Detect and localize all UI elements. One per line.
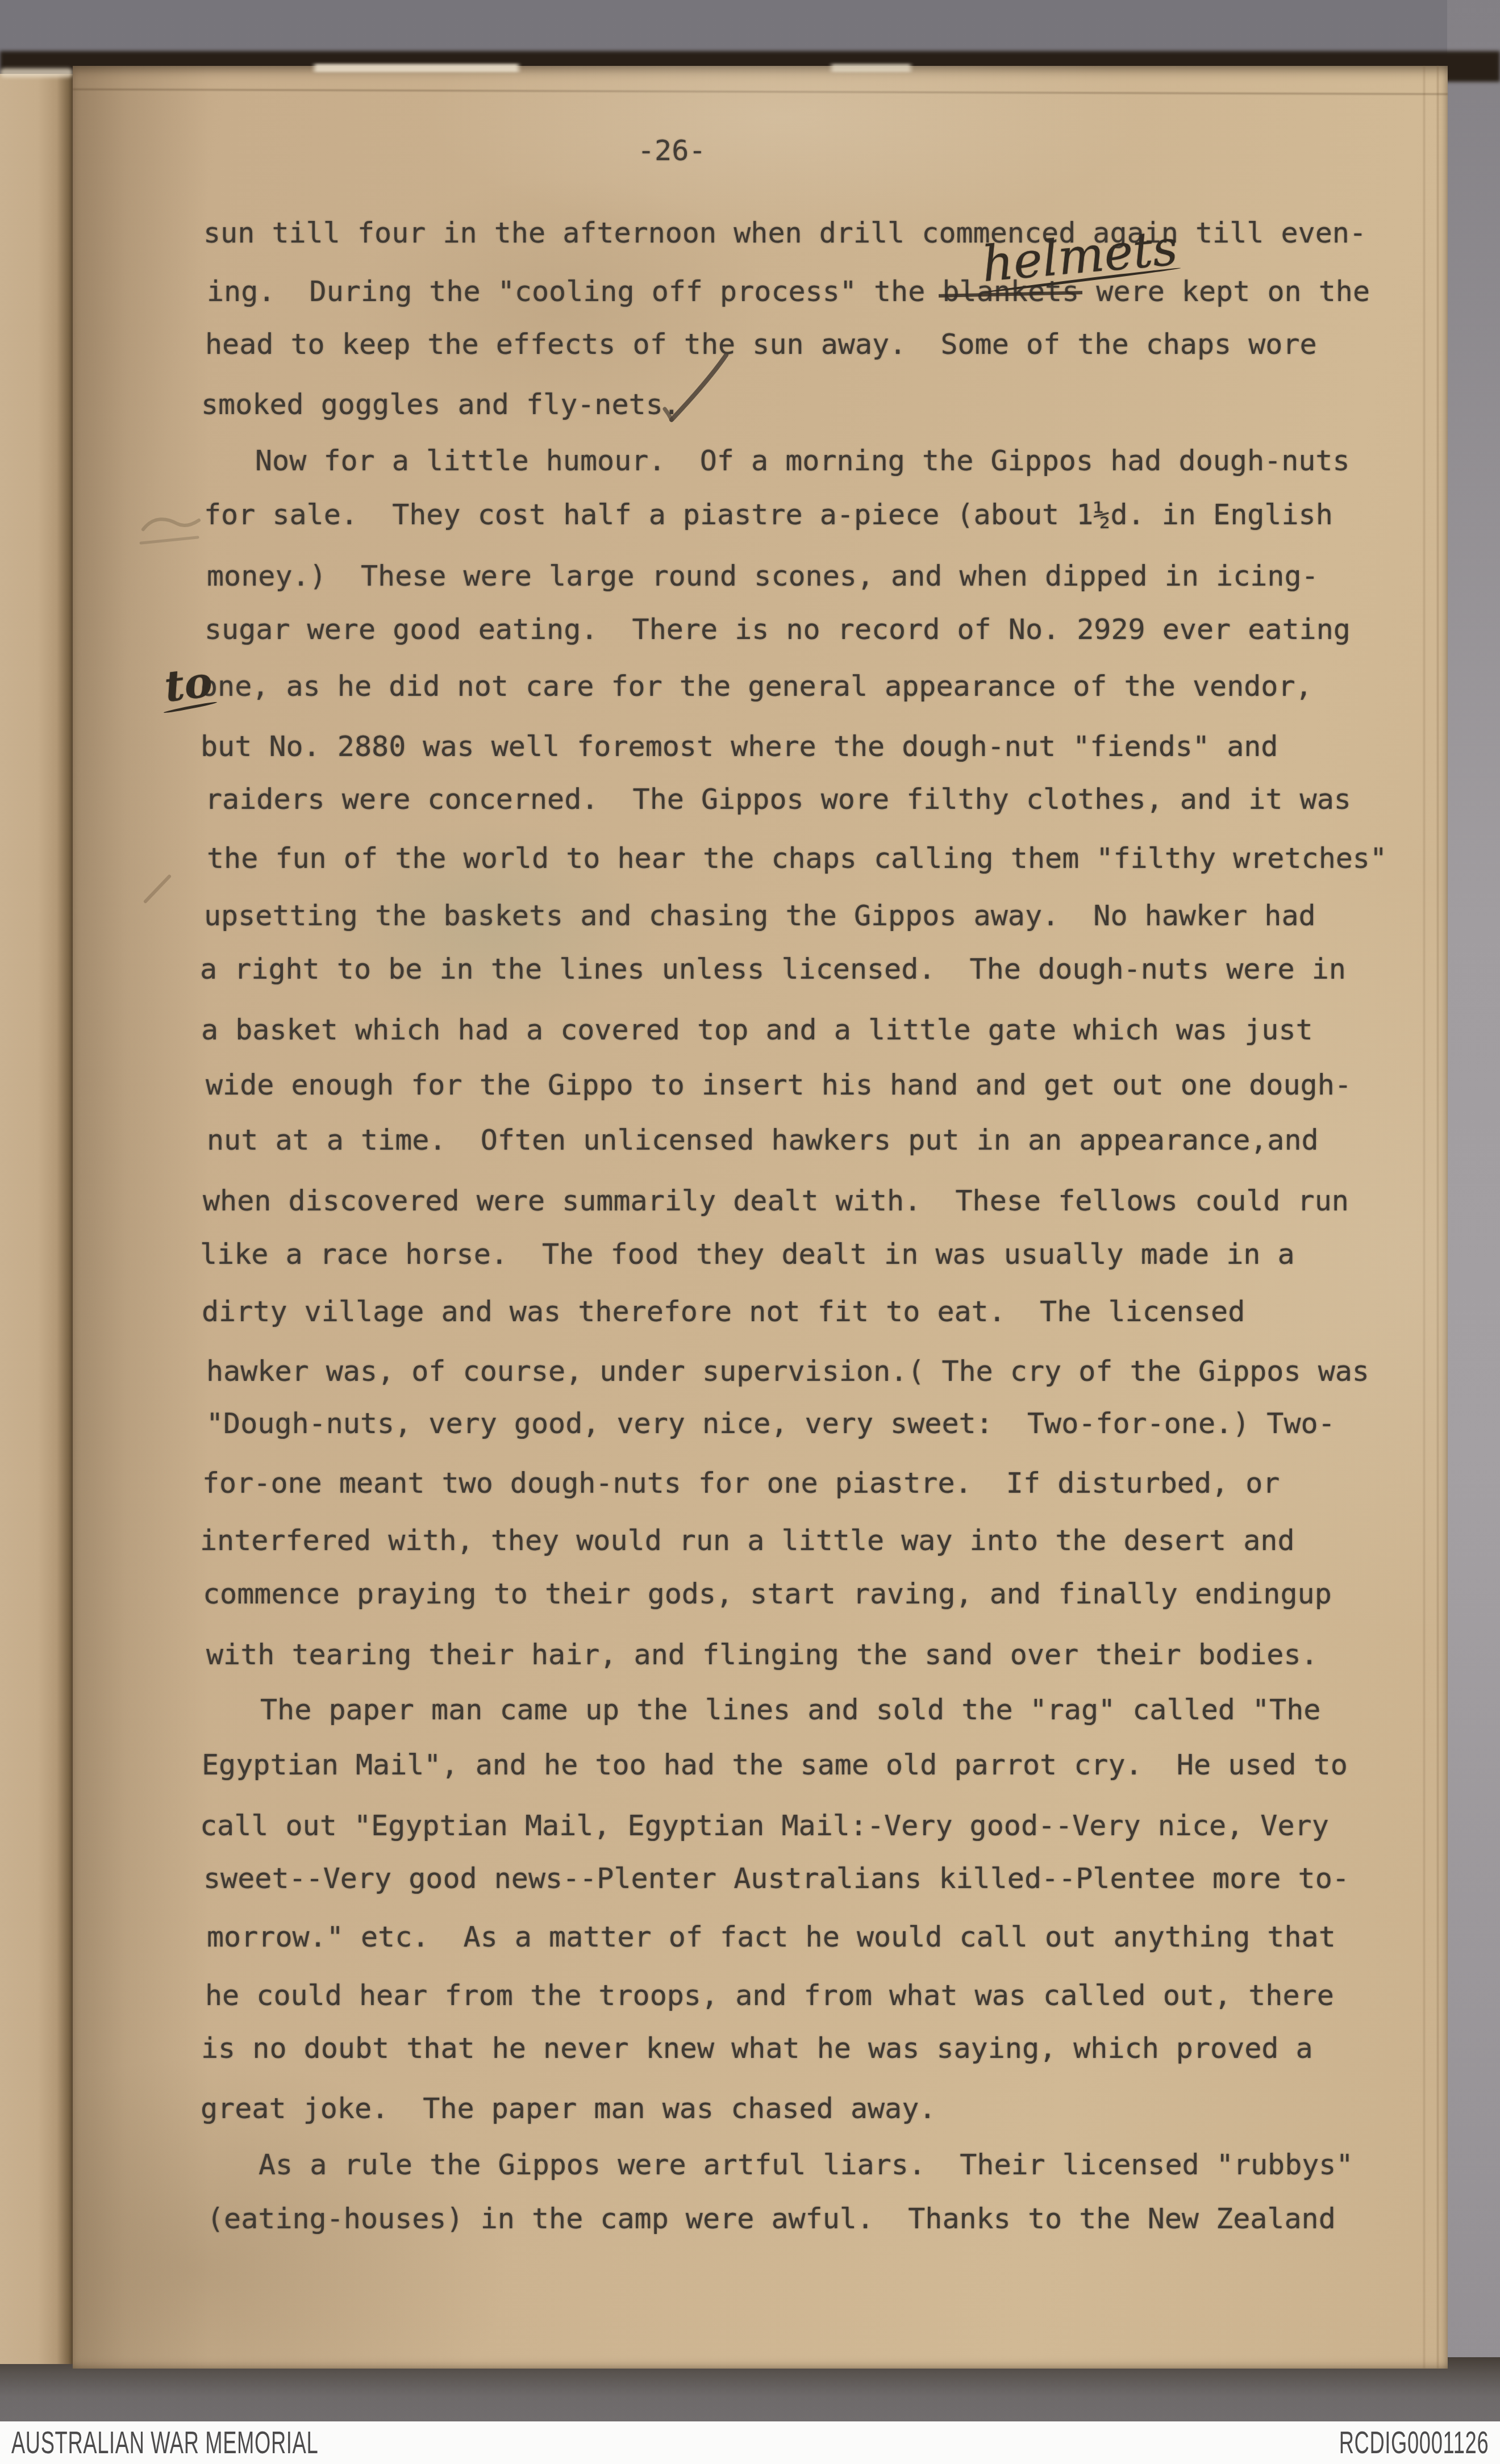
typed-line: head to keep the effects of the sun away… — [205, 330, 1317, 358]
typed-line: money.) These were large round scones, a… — [207, 562, 1319, 590]
footer-reference-label: RCDIG0001126 — [1339, 2427, 1489, 2458]
typed-line: like a race horse. The food they dealt i… — [200, 1240, 1295, 1268]
typed-line: raiders were concerned. The Gippos wore … — [205, 785, 1351, 813]
typed-line: "Dough-nuts, very good, very nice, very … — [206, 1409, 1335, 1438]
typed-line: Egyptian Mail", and he too had the same … — [202, 1751, 1348, 1779]
typed-line: a right to be in the lines unless licens… — [200, 955, 1346, 983]
typed-text: ing. During the "cooling off process" th… — [207, 275, 942, 308]
typed-line: sun till four in the afternoon when dril… — [203, 219, 1366, 247]
typed-text-layer: -26- sun till four in the afternoon when… — [0, 0, 1500, 2464]
typed-line: commence praying to their gods, start ra… — [203, 1580, 1332, 1608]
typed-line: for sale. They cost half a piastre a-pie… — [204, 500, 1333, 529]
typed-line: dirty village and was therefore not fit … — [202, 1297, 1245, 1326]
typed-line: he could hear from the troops, and from … — [205, 1981, 1334, 2010]
typed-line: hawker was, of course, under supervision… — [206, 1357, 1369, 1385]
typed-line: call out "Egyptian Mail, Egyptian Mail:-… — [200, 1811, 1329, 1840]
typed-line: sugar were good eating. There is no reco… — [205, 615, 1351, 644]
typed-line: when discovered were summarily dealt wit… — [203, 1187, 1349, 1215]
typed-line: wide enough for the Gippo to insert his … — [206, 1071, 1352, 1099]
typed-line: nut at a time. Often unlicensed hawkers … — [207, 1126, 1319, 1154]
typed-line: for-one meant two dough-nuts for one pia… — [202, 1469, 1280, 1497]
typed-line: a basket which had a covered top and a l… — [201, 1016, 1313, 1044]
faint-pencil-tick — [136, 872, 176, 906]
typed-line: but No. 2880 was well foremost where the… — [201, 732, 1278, 761]
typed-line: Now for a little humour. Of a morning th… — [255, 446, 1350, 475]
typed-line: the fun of the world to hear the chaps c… — [207, 844, 1387, 872]
typed-line: interfered with, they would run a little… — [200, 1526, 1295, 1555]
footer-institution-label: AUSTRALIAN WAR MEMORIAL — [11, 2427, 318, 2458]
typed-line: As a rule the Gippos were artful liars. … — [259, 2150, 1353, 2179]
typed-line: great joke. The paper man was chased awa… — [201, 2094, 936, 2123]
typed-line: The paper man came up the lines and sold… — [260, 1695, 1320, 1724]
page-number: -26- — [637, 136, 706, 165]
typed-line: with tearing their hair, and flinging th… — [206, 1640, 1318, 1669]
scanned-document-page: -26- sun till four in the afternoon when… — [0, 0, 1500, 2464]
typed-line: smoked goggles and fly-nets. — [201, 390, 680, 419]
handwritten-checkmark — [659, 349, 733, 429]
faint-pencil-annotation — [137, 511, 206, 557]
typed-line: one, as he did not care for the general … — [201, 672, 1313, 700]
digitisation-footer-bar: AUSTRALIAN WAR MEMORIAL RCDIG0001126 — [0, 2421, 1500, 2464]
handwritten-margin-note-to: to — [163, 661, 215, 708]
typed-line: is no doubt that he never knew what he w… — [201, 2034, 1313, 2062]
typed-line: (eating-houses) in the camp were awful. … — [207, 2204, 1336, 2233]
typed-line: upsetting the baskets and chasing the Gi… — [204, 901, 1316, 930]
typed-line: morrow." etc. As a matter of fact he wou… — [207, 1923, 1336, 1951]
typed-line: ing. During the "cooling off process" th… — [207, 277, 1370, 306]
typed-line: sweet--Very good news--Plenter Australia… — [203, 1864, 1349, 1893]
